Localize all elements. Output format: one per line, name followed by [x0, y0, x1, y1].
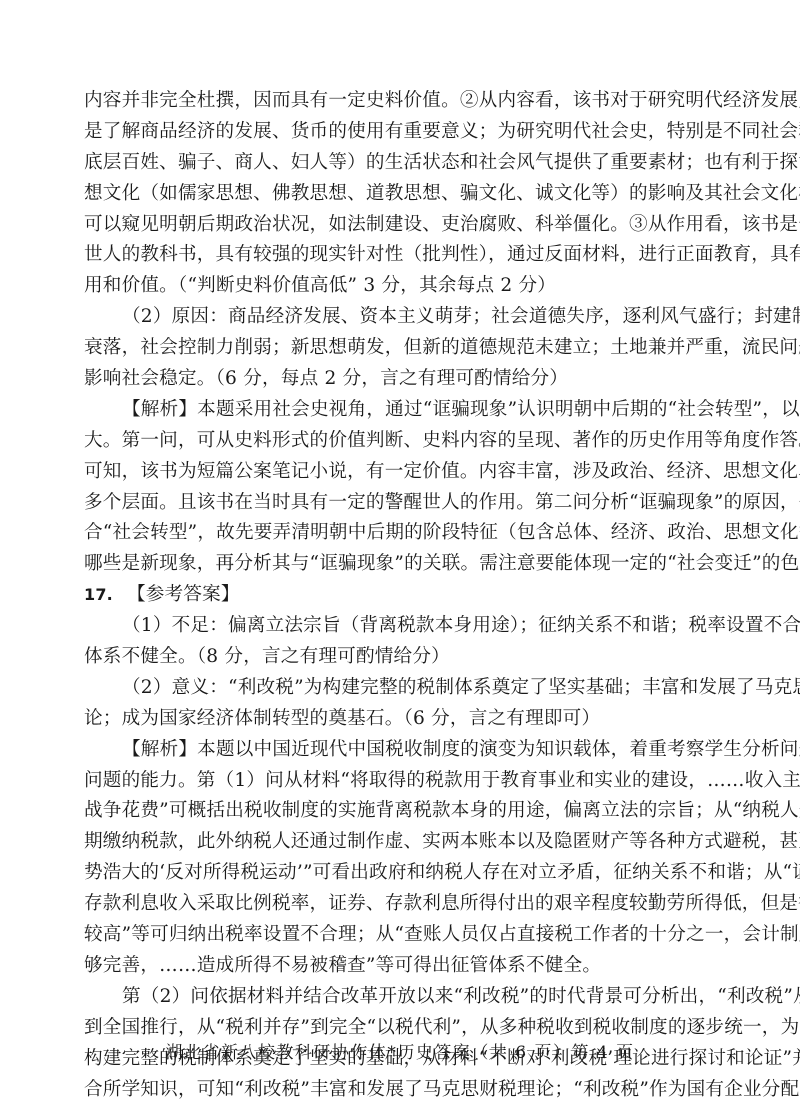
line-text: 多个层面。且该书在当时具有一定的警醒世人的作用。第二问分析“诓骗现象”的原因，但…	[84, 492, 800, 513]
line-text: 体系不健全。（8 分，言之有理可酌情给分）	[84, 646, 450, 667]
question-number: 17.	[84, 585, 113, 604]
text-line: 底层百姓、骗子、商人、妇人等）的生活状态和社会风气提供了重要素材；也有利于探讨明…	[84, 148, 720, 179]
text-line: 想文化（如儒家思想、佛教思想、道教思想、骗文化、诚文化等）的影响及其社会文化根源…	[84, 179, 720, 210]
text-line: 体系不健全。（8 分，言之有理可酌情给分）	[84, 642, 720, 673]
text-line: 期缴纳税款，此外纳税人还通过制作虚、实两本账本以及隐匿财产等各种方式避税，甚至形…	[84, 827, 720, 858]
line-text: 哪些是新现象，再分析其与“诓骗现象”的关联。需注意要能体现一定的“社会变迁”的色…	[84, 553, 800, 574]
line-text: 战争花费”可概括出税收制度的实施背离税款本身的用途，偏离立法的宗旨；从“纳税人开…	[84, 800, 800, 821]
line-text: 用和价值。（“判断史料价值高低” 3 分，其余每点 2 分）	[84, 275, 556, 296]
text-line: 多个层面。且该书在当时具有一定的警醒世人的作用。第二问分析“诓骗现象”的原因，但…	[84, 488, 720, 519]
question-heading: 17.【参考答案】	[84, 580, 720, 611]
line-text: 问题的能力。第（1）问从材料“将取得的税款用于教育事业和实业的建设，……收入主要…	[84, 770, 800, 791]
text-line: 势浩大的‘反对所得税运动’”可看出政府和纳税人存在对立矛盾，征纳关系不和谐；从“…	[84, 858, 720, 889]
line-text: 到全国推行，从“税利并存”到完全“以税代利”，从多种税收到税收制度的逐步统一，为…	[84, 1017, 800, 1038]
text-line: 合“社会转型”，故先要弄清明朝中后期的阶段特征（包含总体、经济、政治、思想文化等…	[84, 518, 720, 549]
line-text: 底层百姓、骗子、商人、妇人等）的生活状态和社会风气提供了重要素材；也有利于探讨明…	[84, 152, 800, 173]
text-line: 较高”等可归纳出税率设置不合理；从“查账人员仅占直接税工作者的十分之一，会计制度…	[84, 920, 720, 951]
line-text: 论；成为国家经济体制转型的奠基石。（6 分，言之有理即可）	[84, 708, 600, 729]
line-text: 第（2）问依据材料并结合改革开放以来“利改税”的时代背景可分析出，“利改税”从试…	[122, 986, 800, 1007]
line-text: 【解析】本题以中国近现代中国税收制度的演变为知识载体，着重考察学生分析问题和解决	[122, 739, 800, 760]
line-text: 大。第一问，可从史料形式的价值判断、史料内容的呈现、著作的历史作用等角度作答。从…	[84, 430, 800, 451]
line-text: 可以窥见明朝后期政治状况，如法制建设、吏治腐败、科举僵化。③从作用看，该书是一部…	[84, 214, 800, 235]
line-text: 够完善，……造成所得不易被稽查”等可得出征管体系不健全。	[84, 955, 601, 976]
text-line: 够完善，……造成所得不易被稽查”等可得出征管体系不健全。	[84, 951, 720, 982]
text-line: 用和价值。（“判断史料价值高低” 3 分，其余每点 2 分）	[84, 271, 720, 302]
text-line: 内容并非完全杜撰，因而具有一定史料价值。②从内容看，该书对于研究明代经济发展史，…	[84, 86, 720, 117]
text-line: 可以窥见明朝后期政治状况，如法制建设、吏治腐败、科举僵化。③从作用看，该书是一部…	[84, 210, 720, 241]
section-label: 【参考答案】	[127, 584, 240, 605]
line-text: 想文化（如儒家思想、佛教思想、道教思想、骗文化、诚文化等）的影响及其社会文化根源…	[84, 183, 800, 204]
text-line: （1）不足：偏离立法宗旨（背离税款本身用途）；征纳关系不和谐；税率设置不合理；征…	[84, 611, 720, 642]
text-line: 衰落，社会控制力削弱；新思想萌发，但新的道德规范未建立；土地兼并严重，流民问题突…	[84, 333, 720, 364]
text-line: 【解析】本题以中国近现代中国税收制度的演变为知识载体，着重考察学生分析问题和解决	[84, 735, 720, 766]
line-text: 可知，该书为短篇公案笔记小说，有一定价值。内容丰富，涉及政治、经济、思想文化、社…	[84, 461, 800, 482]
line-text: 影响社会稳定。（6 分，每点 2 分，言之有理可酌情给分）	[84, 368, 568, 389]
line-text: 期缴纳税款，此外纳税人还通过制作虚、实两本账本以及隐匿财产等各种方式避税，甚至形…	[84, 831, 800, 852]
line-text: 世人的教科书，具有较强的现实针对性（批判性），通过反面材料，进行正面教育，具有特…	[84, 244, 800, 265]
text-line: （2）意义：“利改税”为构建完整的税制体系奠定了坚实基础；丰富和发展了马克思财税…	[84, 673, 720, 704]
line-text: 内容并非完全杜撰，因而具有一定史料价值。②从内容看，该书对于研究明代经济发展史，…	[84, 90, 800, 111]
text-line: 问题的能力。第（1）问从材料“将取得的税款用于教育事业和实业的建设，……收入主要…	[84, 766, 720, 797]
document-body: 内容并非完全杜撰，因而具有一定史料价值。②从内容看，该书对于研究明代经济发展史，…	[84, 86, 720, 1105]
line-text: 【解析】本题采用社会史视角，通过“诓骗现象”认识明朝中后期的“社会转型”，以小见	[122, 399, 800, 420]
text-line: 大。第一问，可从史料形式的价值判断、史料内容的呈现、著作的历史作用等角度作答。从…	[84, 426, 720, 457]
line-text: （2）意义：“利改税”为构建完整的税制体系奠定了坚实基础；丰富和发展了马克思财税…	[122, 677, 800, 698]
text-line: 合所学知识，可知“利改税”丰富和发展了马克思财税理论；“利改税”作为国有企业分配…	[84, 1075, 720, 1106]
line-text: 势浩大的‘反对所得税运动’”可看出政府和纳税人存在对立矛盾，征纳关系不和谐；从“…	[84, 862, 800, 883]
text-line: 影响社会稳定。（6 分，每点 2 分，言之有理可酌情给分）	[84, 364, 720, 395]
line-text: （1）不足：偏离立法宗旨（背离税款本身用途）；征纳关系不和谐；税率设置不合理；征…	[122, 615, 800, 636]
text-line: 可知，该书为短篇公案笔记小说，有一定价值。内容丰富，涉及政治、经济、思想文化、社…	[84, 457, 720, 488]
text-line: 是了解商品经济的发展、货币的使用有重要意义；为研究明代社会史，特别是不同社会群体…	[84, 117, 720, 148]
line-text: 衰落，社会控制力削弱；新思想萌发，但新的道德规范未建立；土地兼并严重，流民问题突…	[84, 337, 800, 358]
line-text: 合“社会转型”，故先要弄清明朝中后期的阶段特征（包含总体、经济、政治、思想文化等…	[84, 522, 800, 543]
text-line: 存款利息收入采取比例税率，证券、存款利息所得付出的艰辛程度较勤劳所得低，但是往往…	[84, 889, 720, 920]
text-line: （2）原因：商品经济发展、资本主义萌芽；社会道德失序，逐利风气盛行；封建制度渐趋	[84, 302, 720, 333]
line-text: 是了解商品经济的发展、货币的使用有重要意义；为研究明代社会史，特别是不同社会群体…	[84, 121, 800, 142]
line-text: （2）原因：商品经济发展、资本主义萌芽；社会道德失序，逐利风气盛行；封建制度渐趋	[122, 306, 800, 327]
line-text: 合所学知识，可知“利改税”丰富和发展了马克思财税理论；“利改税”作为国有企业分配…	[84, 1079, 800, 1100]
text-line: 【解析】本题采用社会史视角，通过“诓骗现象”认识明朝中后期的“社会转型”，以小见	[84, 395, 720, 426]
text-line: 世人的教科书，具有较强的现实针对性（批判性），通过反面材料，进行正面教育，具有特…	[84, 240, 720, 271]
text-line: 战争花费”可概括出税收制度的实施背离税款本身的用途，偏离立法的宗旨；从“纳税人开…	[84, 796, 720, 827]
text-line: 哪些是新现象，再分析其与“诓骗现象”的关联。需注意要能体现一定的“社会变迁”的色…	[84, 549, 720, 580]
page-footer: 湖北省新八校教科研协作体*历史答案（共 6 页）第 4 页	[0, 1038, 800, 1063]
line-text: 存款利息收入采取比例税率，证券、存款利息所得付出的艰辛程度较勤劳所得低，但是往往…	[84, 893, 800, 914]
text-line: 第（2）问依据材料并结合改革开放以来“利改税”的时代背景可分析出，“利改税”从试…	[84, 982, 720, 1013]
line-text: 较高”等可归纳出税率设置不合理；从“查账人员仅占直接税工作者的十分之一，会计制度…	[84, 924, 800, 945]
text-line: 论；成为国家经济体制转型的奠基石。（6 分，言之有理即可）	[84, 704, 720, 735]
